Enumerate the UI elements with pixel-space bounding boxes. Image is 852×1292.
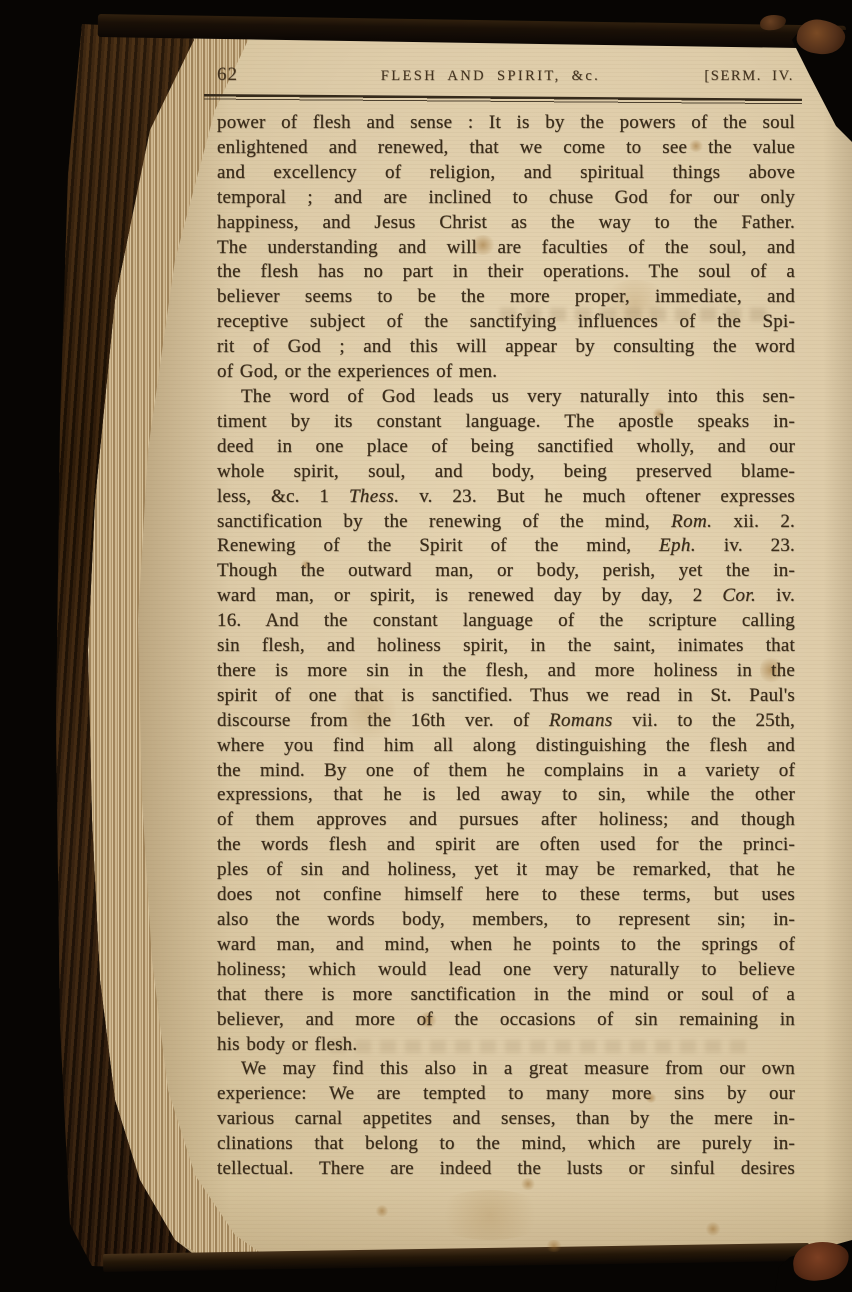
text-line: where you find him all along distinguish… [217,734,795,759]
text-line: rit of God ; and this will appear by con… [217,335,795,360]
text-line: ward man, or spirit, is renewed day by d… [217,584,795,609]
text-line: believer seems to be the more proper, im… [217,285,795,310]
text-line: We may find this also in a great measure… [217,1057,795,1082]
text-line: whole spirit, soul, and body, being pres… [217,460,795,485]
text-line: The word of God leads us very naturally … [217,385,795,410]
text-line: spirit of one that is sanctified. Thus w… [217,684,795,709]
text-line: temporal ; and are inclined to chuse God… [217,186,795,211]
text-line: believer, and more of the occasions of s… [217,1008,795,1033]
text-line: less, &c. 1 Thess. v. 23. But he much of… [217,485,795,510]
text-line: various carnal appetites and senses, tha… [217,1107,795,1132]
text-line: his body or flesh. [217,1033,795,1058]
text-line: power of flesh and sense : It is by the … [217,111,795,136]
text-line: sin flesh, and holiness spirit, in the s… [217,634,795,659]
running-title: FLESH AND SPIRIT, &c. [307,68,674,85]
text-line: ward man, and mind, when he points to th… [217,933,795,958]
text-line: happiness, and Jesus Christ as the way t… [217,211,795,236]
header-rule [204,94,802,106]
book-scan: 62 FLESH AND SPIRIT, &c. [SERM. IV. powe… [0,0,852,1292]
text-line: of them approves and pursues after holin… [217,808,795,833]
text-line: the flesh has no part in their operation… [217,260,795,285]
text-line: ples of sin and holiness, yet it may be … [217,858,795,883]
text-line: deed in one place of being sanctified wh… [217,435,795,460]
printed-content: 62 FLESH AND SPIRIT, &c. [SERM. IV. powe… [0,0,852,1292]
text-line: timent by its constant language. The apo… [217,410,795,435]
text-line: 16. And the constant language of the scr… [217,609,795,634]
text-line: clinations that belong to the mind, whic… [217,1132,795,1157]
page-header: 62 FLESH AND SPIRIT, &c. [SERM. IV. [217,64,794,86]
body-text: power of flesh and sense : It is by the … [217,111,795,1182]
text-line: enlightened and renewed, that we come to… [217,136,795,161]
text-line: experience: We are tempted to many more … [217,1082,795,1107]
text-line: the words flesh and spirit are often use… [217,833,795,858]
text-line: tellectual. There are indeed the lusts o… [217,1157,795,1182]
text-line: The understanding and will are faculties… [217,236,795,261]
text-line: expressions, that he is led away to sin,… [217,783,795,808]
page-number: 62 [217,64,307,86]
text-line: does not confine himself here to these t… [217,883,795,908]
text-line: and excellency of religion, and spiritua… [217,161,795,186]
text-line: the mind. By one of them he complains in… [217,759,795,784]
text-line: Though the outward man, or body, perish,… [217,559,795,584]
section-label: [SERM. IV. [674,68,794,85]
text-line: discourse from the 16th ver. of Romans v… [217,709,795,734]
text-line: Renewing of the Spirit of the mind, Eph.… [217,534,795,559]
text-line: sanctification by the renewing of the mi… [217,510,795,535]
text-line: receptive subject of the sanctifying inf… [217,310,795,335]
text-line: also the words body, members, to represe… [217,908,795,933]
text-line: that there is more sanctification in the… [217,983,795,1008]
text-line: of God, or the experiences of men. [217,360,795,385]
text-line: there is more sin in the flesh, and more… [217,659,795,684]
text-line: holiness; which would lead one very natu… [217,958,795,983]
